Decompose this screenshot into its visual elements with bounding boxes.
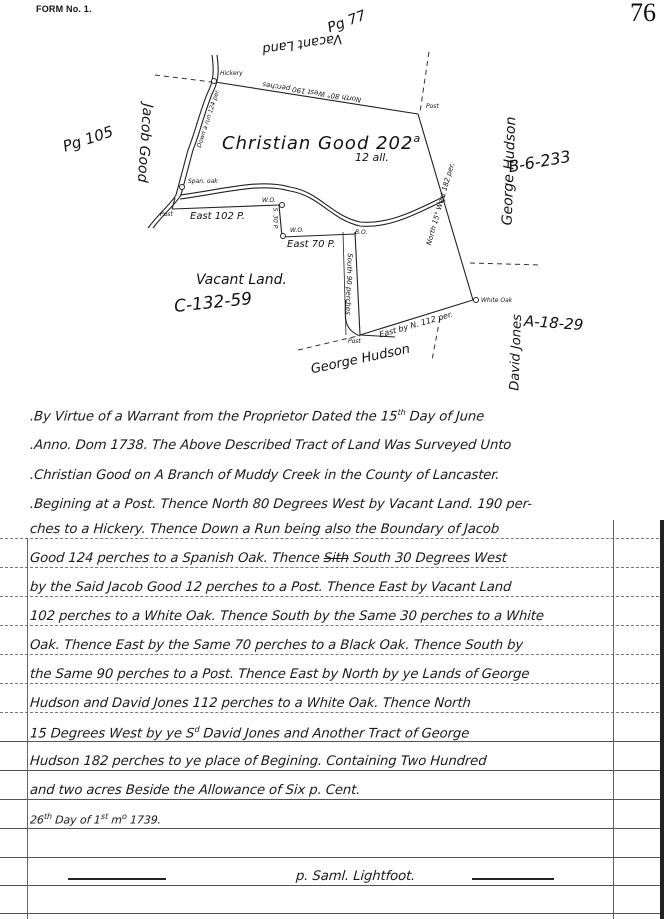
ruled-line: [0, 596, 664, 597]
deed-line-7: by the Said Jacob Good 12 perches to a P…: [29, 580, 511, 595]
southeast-boundary-line: [360, 300, 473, 335]
marker-white-oak-se: White Oak: [481, 297, 512, 304]
deed-line-14: and two acres Beside the Allowance of Si…: [29, 783, 360, 798]
spanish-oak-marker: [180, 185, 185, 190]
marker-post-ne: Post: [426, 103, 439, 110]
deed-line-9: Oak. Thence East by the Same 70 perches …: [29, 638, 523, 653]
signature-dash-right: [472, 878, 554, 880]
north-boundary-line: [215, 82, 418, 114]
right-margin-line: [613, 520, 614, 919]
course-south-30: S. 30 P.: [271, 208, 278, 230]
deed-line-12: 15 Degrees West by ye Sd David Jones and…: [29, 725, 469, 741]
ruled-line: [0, 857, 664, 858]
deed-line-11: Hudson and David Jones 112 perches to a …: [29, 696, 471, 711]
deed-line-4: .Begining at a Post. Thence North 80 Deg…: [29, 497, 532, 512]
white-oak-marker-2: [281, 234, 286, 239]
marker-black-oak: B.O.: [355, 229, 367, 236]
deed-line-2: .Anno. Dom 1738. The Above Described Tra…: [29, 438, 511, 453]
ruled-line: [0, 538, 664, 539]
ruled-line: [0, 654, 664, 655]
marker-post-south: Post: [348, 338, 361, 345]
course-east-102: East 102 P.: [190, 211, 245, 222]
ruled-line: [0, 625, 664, 626]
ruled-line: [0, 885, 664, 886]
deed-line-6: Good 124 perches to a Spanish Oak. Thenc…: [29, 551, 507, 566]
marker-white-oak-1: W.O.: [262, 197, 276, 204]
course-east-70: East 70 P.: [287, 239, 336, 250]
deed-line-8: 102 perches to a White Oak. Thence South…: [29, 609, 544, 624]
neighbor-southwest-vacant-land: Vacant Land.: [196, 272, 287, 288]
ruled-line: [0, 683, 664, 684]
survey-date: 26th Day of 1st mo 1739.: [29, 812, 161, 827]
ruled-line: [0, 799, 664, 800]
marker-post-west: Post: [160, 211, 173, 218]
ruled-line: [0, 828, 664, 829]
white-oak-marker-1: [280, 203, 285, 208]
signature-dash-left: [68, 878, 166, 880]
neighbor-southeast-david-jones: David Jones: [507, 314, 525, 391]
allowance-note: 12 all.: [355, 151, 389, 164]
white-oak-se-marker: [474, 298, 479, 303]
marker-hickery: Hickery: [220, 70, 243, 77]
ruled-line: [0, 712, 664, 713]
east-70-line: [282, 234, 355, 237]
hickery-marker: [212, 79, 217, 84]
deed-line-3: .Christian Good on A Branch of Muddy Cre…: [29, 468, 500, 483]
east-102-line: [172, 205, 279, 209]
east-boundary-line: [418, 114, 473, 300]
survey-plat-map: [0, 0, 664, 400]
struck-word: Sith: [323, 551, 349, 566]
ruled-line: [0, 770, 664, 771]
ruled-line: [0, 913, 664, 914]
ruled-line: [0, 567, 664, 568]
deed-line-1: .By Virtue of a Warrant from the Proprie…: [29, 408, 484, 424]
page-edge-shadow: [660, 520, 664, 919]
south-90-line: [355, 232, 360, 335]
south-30-line: [279, 205, 282, 237]
marker-white-oak-2: W.O.: [290, 227, 304, 234]
deed-line-13: Hudson 182 perches to ye place of Begini…: [29, 754, 487, 769]
marker-spanish-oak: Span. oak: [188, 178, 218, 185]
tract-name: Christian Good 202a: [222, 132, 421, 154]
surveyor-signature: p. Saml. Lightfoot.: [295, 869, 415, 884]
left-margin-line: [27, 538, 28, 919]
deed-line-5: ches to a Hickery. Thence Down a Run bei…: [29, 522, 499, 537]
deed-line-10: the Same 90 perches to a Post. Thence Ea…: [29, 667, 529, 682]
